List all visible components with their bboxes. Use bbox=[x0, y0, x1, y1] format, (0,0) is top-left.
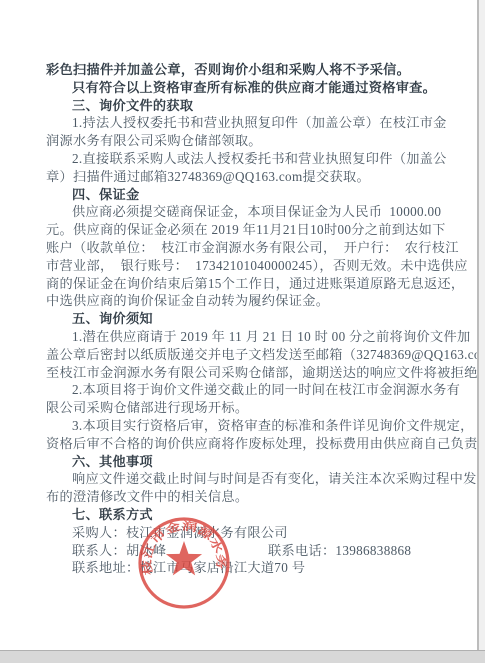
doc-line-text: 资格后审不合格的询价供应商将作废标处理，投标费用由供应商自己负责。 bbox=[46, 436, 485, 451]
doc-line: 元。供应商的保证金必须在 2019 年11月21日10时00分之前到达如下 bbox=[46, 221, 458, 239]
doc-line-text: 2.直接联系采购人或法人授权委托书和营业执照复印件（加盖公 bbox=[72, 151, 447, 166]
doc-line-text: 供应商必须提交磋商保证金，本项目保证金为人民币 10000.00 bbox=[72, 204, 441, 219]
doc-line: 2.本项目将于询价文件递交截止的同一时间在枝江市金润源水务有 bbox=[46, 381, 458, 399]
doc-line-text: 元。供应商的保证金必须在 2019 年11月21日10时00分之前到达如下 bbox=[46, 222, 446, 237]
doc-line-text: 润源水务有限公司采购仓储部领取。 bbox=[46, 133, 262, 148]
document-body: 彩色扫描件并加盖公章，否则询价小组和采购人将不予采信。只有符合以上资格审查所有标… bbox=[46, 61, 458, 577]
doc-line: 1.持法人授权委托书和营业执照复印件（加盖公章）在枝江市金 bbox=[46, 114, 458, 132]
doc-line: 至枝江市金润源水务有限公司采购仓储部，逾期送达的响应文件将被拒绝。 bbox=[46, 364, 458, 382]
doc-line-text: 采购人：枝江市金润源水务有限公司 bbox=[72, 525, 288, 540]
doc-line-text: 五、询价须知 bbox=[72, 311, 153, 326]
doc-line-text: 限公司采购仓储部进行现场开标。 bbox=[46, 400, 248, 415]
doc-line: 只有符合以上资格审查所有标准的供应商才能通过资格审查。 bbox=[46, 79, 458, 97]
doc-line-text: 至枝江市金润源水务有限公司采购仓储部，逾期送达的响应文件将被拒绝。 bbox=[46, 365, 485, 380]
section-heading: 四、保证金 bbox=[46, 186, 458, 204]
doc-line-text: 彩色扫描件并加盖公章，否则询价小组和采购人将不予采信。 bbox=[46, 62, 410, 77]
doc-line: 账户（收款单位： 枝江市金润源水务有限公司， 开户行： 农行枝江 bbox=[46, 239, 458, 257]
doc-line-text: 联系人：胡冰峰 bbox=[72, 543, 166, 558]
doc-line-text: 2.本项目将于询价文件递交截止的同一时间在枝江市金润源水务有 bbox=[72, 382, 460, 397]
page-edge-right bbox=[477, 0, 485, 651]
doc-line-text-col2: 联系电话：13986838868 bbox=[268, 542, 411, 560]
doc-line: 响应文件递交截止时间与时间是否有变化，请关注本次采购过程中发 bbox=[46, 470, 458, 488]
doc-line-text: 响应文件递交截止时间与时间是否有变化，请关注本次采购过程中发 bbox=[72, 471, 477, 486]
section-heading: 六、其他事项 bbox=[46, 453, 458, 471]
doc-line-text: 只有符合以上资格审查所有标准的供应商才能通过资格审查。 bbox=[72, 80, 436, 95]
doc-line: 润源水务有限公司采购仓储部领取。 bbox=[46, 132, 458, 150]
doc-line: 中选供应商的询价保证金自动转为履约保证金。 bbox=[46, 292, 458, 310]
doc-line-text: 商的保证金在询价结束后第15个工作日，通过进账渠道原路无息返还， bbox=[46, 276, 464, 291]
doc-line: 资格后审不合格的询价供应商将作废标处理，投标费用由供应商自己负责。 bbox=[46, 435, 458, 453]
doc-line: 盖公章后密封以纸质版递交并电子文档发送至邮箱（32748369@QQ163.co… bbox=[46, 346, 458, 364]
doc-line-text: 六、其他事项 bbox=[72, 454, 153, 469]
scanned-document-page: 彩色扫描件并加盖公章，否则询价小组和采购人将不予采信。只有符合以上资格审查所有标… bbox=[0, 0, 485, 663]
doc-line: 商的保证金在询价结束后第15个工作日，通过进账渠道原路无息返还， bbox=[46, 275, 458, 293]
doc-line: 限公司采购仓储部进行现场开标。 bbox=[46, 399, 458, 417]
doc-line: 联系地址：枝江市马家店沿江大道70 号 bbox=[46, 559, 458, 577]
doc-line-text: 1.潜在供应商请于 2019 年 11 月 21 日 10 时 00 分之前将询… bbox=[72, 329, 470, 344]
doc-line: 布的澄清修改文件中的相关信息。 bbox=[46, 488, 458, 506]
doc-line-text: 1.持法人授权委托书和营业执照复印件（加盖公章）在枝江市金 bbox=[72, 115, 447, 130]
doc-line: 联系人：胡冰峰联系电话：13986838868 bbox=[46, 542, 458, 560]
doc-line: 1.潜在供应商请于 2019 年 11 月 21 日 10 时 00 分之前将询… bbox=[46, 328, 458, 346]
section-heading: 七、联系方式 bbox=[46, 506, 458, 524]
section-heading: 三、询价文件的获取 bbox=[46, 97, 458, 115]
doc-line-text: 七、联系方式 bbox=[72, 507, 153, 522]
doc-line-text: 四、保证金 bbox=[72, 187, 139, 202]
page-edge-bottom bbox=[0, 650, 485, 663]
doc-line-text: 三、询价文件的获取 bbox=[72, 98, 193, 113]
section-heading: 五、询价须知 bbox=[46, 310, 458, 328]
doc-line-text: 3.本项目实行资格后审，资格审查的标准和条件详见询价文件规定， bbox=[72, 418, 474, 433]
doc-line: 供应商必须提交磋商保证金，本项目保证金为人民币 10000.00 bbox=[46, 203, 458, 221]
doc-line-text: 联系地址：枝江市马家店沿江大道70 号 bbox=[72, 560, 305, 575]
doc-line-text: 市营业部， 银行账号： 17342101040000245），否则无效。未中选供… bbox=[46, 258, 468, 273]
doc-line: 彩色扫描件并加盖公章，否则询价小组和采购人将不予采信。 bbox=[46, 61, 458, 79]
doc-line: 采购人：枝江市金润源水务有限公司 bbox=[46, 524, 458, 542]
doc-line: 市营业部， 银行账号： 17342101040000245），否则无效。未中选供… bbox=[46, 257, 458, 275]
doc-line: 3.本项目实行资格后审，资格审查的标准和条件详见询价文件规定， bbox=[46, 417, 458, 435]
doc-line-text: 盖公章后密封以纸质版递交并电子文档发送至邮箱（32748369@QQ163.co… bbox=[46, 347, 485, 362]
doc-line: 章）扫描件通过邮箱32748369@QQ163.com提交获取。 bbox=[46, 168, 458, 186]
doc-line: 2.直接联系采购人或法人授权委托书和营业执照复印件（加盖公 bbox=[46, 150, 458, 168]
doc-line-text: 中选供应商的询价保证金自动转为履约保证金。 bbox=[46, 293, 329, 308]
doc-line-text: 账户（收款单位： 枝江市金润源水务有限公司， 开户行： 农行枝江 bbox=[46, 240, 459, 255]
doc-line-text: 布的澄清修改文件中的相关信息。 bbox=[46, 489, 248, 504]
doc-line-text: 章）扫描件通过邮箱32748369@QQ163.com提交获取。 bbox=[46, 169, 370, 184]
